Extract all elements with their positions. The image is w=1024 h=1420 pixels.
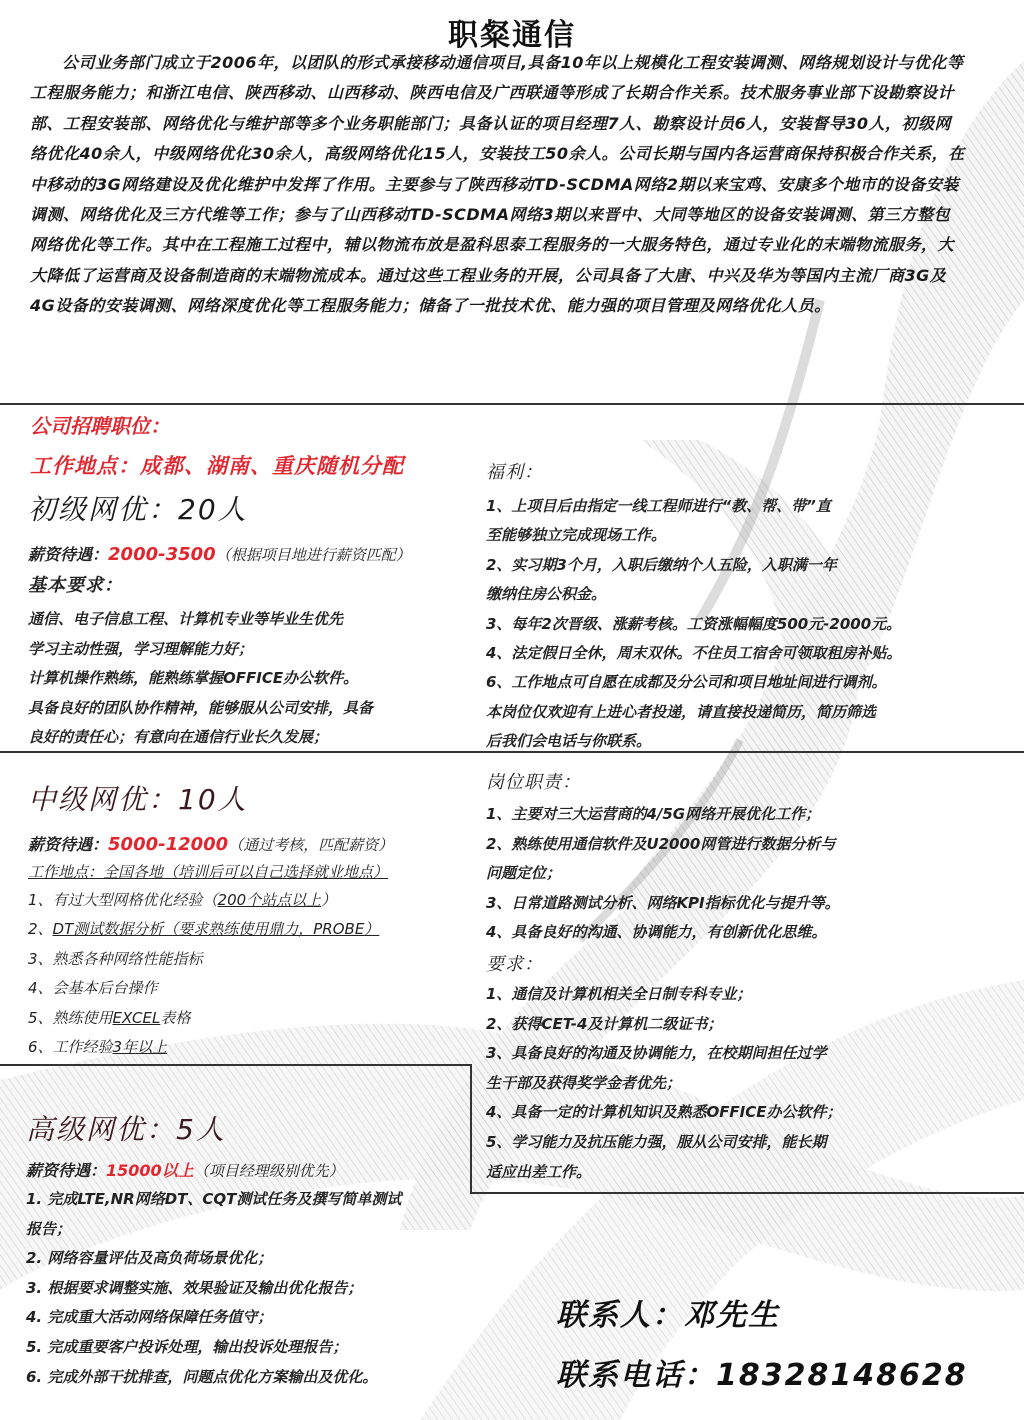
list-item: 本岗位仅欢迎有上进心者投递，请直接投递简历，简历筛选 bbox=[486, 698, 1006, 727]
junior-salary: 薪资待遇：2000-3500（根据项目地进行薪资匹配） bbox=[28, 542, 468, 565]
junior-requirements-heading: 基本要求： bbox=[28, 571, 468, 597]
salary-label: 薪资待遇： bbox=[28, 545, 108, 564]
list-item: 3、每年2次晋级、涨薪考核。工资涨幅幅度500元-2000元。 bbox=[486, 610, 1006, 639]
list-item: 1. 完成LTE,NR网络DT、CQT测试任务及撰写简单测试 bbox=[26, 1185, 466, 1215]
list-item: 3、具备良好的沟通及协调能力，在校期间担任过学 bbox=[486, 1039, 1006, 1069]
duties-requirements-list: 1、通信及计算机相关全日制专科专业； 2、获得CET-4及计算机二级证书； 3、… bbox=[486, 980, 1006, 1187]
junior-position-title: 初级网优：20人 bbox=[28, 488, 468, 528]
phone-number[interactable]: 18328148628 bbox=[716, 1358, 968, 1393]
list-item: 5、学习能力及抗压能力强，服从公司安排，能长期 bbox=[486, 1128, 1006, 1158]
list-item: 缴纳住房公积金。 bbox=[486, 580, 1006, 609]
duties-section: 岗位职责： 1、主要对三大运营商的4/5G网络开展优化工作； 2、熟练使用通信软… bbox=[486, 768, 1006, 1187]
list-item: 2. 网络容量评估及高负荷场景优化； bbox=[26, 1244, 466, 1274]
senior-duties-list: 1. 完成LTE,NR网络DT、CQT测试任务及撰写简单测试 报告； 2. 网络… bbox=[26, 1185, 466, 1392]
list-item: 4、具备一定的计算机知识及熟悉OFFICE办公软件； bbox=[486, 1098, 1006, 1128]
salary-label: 薪资待遇： bbox=[28, 835, 108, 854]
list-item: 6. 完成外部干扰排查，问题点优化方案输出及优化。 bbox=[26, 1363, 466, 1393]
mid-work-location: 工作地点：全国各地（培训后可以自己选择就业地点） bbox=[28, 861, 468, 882]
list-item: 3、日常道路测试分析、网络KPI指标优化与提升等。 bbox=[486, 889, 1006, 919]
benefits-section: 福利： 1、上项目后由指定一线工程师进行“教、帮、带”直 至能够独立完成现场工作… bbox=[486, 458, 1006, 757]
list-item: 4、具备良好的沟通、协调能力，有创新优化思维。 bbox=[486, 918, 1006, 948]
salary-amount: 2000-3500 bbox=[108, 544, 216, 565]
mid-position-title: 中级网优：10人 bbox=[28, 778, 468, 818]
list-item: 2、熟练使用通信软件及U2000网管进行数据分析与 bbox=[486, 830, 1006, 860]
list-item: 适应出差工作。 bbox=[486, 1158, 1006, 1188]
salary-amount: 5000-12000 bbox=[108, 834, 228, 855]
list-item: 6、工作地点可自愿在成都及分公司和项目地址间进行调剂。 bbox=[486, 668, 1006, 697]
list-item: 4、法定假日全休，周末双休。不住员工宿舍可领取租房补贴。 bbox=[486, 639, 1006, 668]
contact-section: 联系人：邓先生 联系电话：18328148628 bbox=[556, 1290, 1016, 1394]
benefits-list: 1、上项目后由指定一线工程师进行“教、帮、带”直 至能够独立完成现场工作。 2、… bbox=[486, 492, 1006, 757]
salary-note: （项目经理级别优先） bbox=[194, 1162, 344, 1180]
duties-requirements-heading: 要求： bbox=[486, 950, 1006, 976]
list-item: 4、会基本后台操作 bbox=[28, 974, 468, 1003]
list-item: 3、熟悉各种网络性能指标 bbox=[28, 945, 468, 974]
list-item: 3. 根据要求调整实施、效果验证及输出优化报告； bbox=[26, 1274, 466, 1304]
divider-mid bbox=[0, 1064, 472, 1066]
contact-phone-line: 联系电话：18328148628 bbox=[556, 1350, 1016, 1394]
phone-label: 联系电话： bbox=[556, 1358, 716, 1393]
duties-heading: 岗位职责： bbox=[486, 768, 1006, 794]
list-item: 至能够独立完成现场工作。 bbox=[486, 521, 1006, 550]
senior-position-section: 高级网优：5人 薪资待遇：15000以上（项目经理级别优先） 1. 完成LTE,… bbox=[26, 1108, 466, 1392]
company-intro-paragraph: 公司业务部门成立于2006年，以团队的形式承接移动通信项目,具备10年以上规模化… bbox=[30, 48, 965, 322]
divider-intro bbox=[0, 403, 1024, 405]
frame-vertical bbox=[470, 1064, 472, 1194]
list-item: 5、熟练使用EXCEL表格 bbox=[28, 1004, 468, 1033]
list-item: 学习主动性强，学习理解能力好； bbox=[28, 635, 468, 665]
recruitment-heading: 公司招聘职位： bbox=[30, 410, 170, 439]
list-item: 报告； bbox=[26, 1215, 466, 1245]
benefits-heading: 福利： bbox=[486, 458, 1006, 484]
divider-junior bbox=[0, 751, 1024, 753]
list-item: 5. 完成重要客户投诉处理，输出投诉处理报告； bbox=[26, 1333, 466, 1363]
list-item: 1、通信及计算机相关全日制专科专业； bbox=[486, 980, 1006, 1010]
mid-salary: 薪资待遇：5000-12000（通过考核，匹配薪资） bbox=[28, 832, 468, 855]
list-item: 通信、电子信息工程、计算机专业等毕业生优先 bbox=[28, 605, 468, 635]
list-item: 4. 完成重大活动网络保障任务值守； bbox=[26, 1303, 466, 1333]
list-item: 2、DT测试数据分析（要求熟练使用鼎力，PROBE） bbox=[28, 915, 468, 944]
salary-note: （通过考核，匹配薪资） bbox=[228, 836, 393, 854]
mid-requirements-list: 1、有过大型网格优化经验（200个站点以上） 2、DT测试数据分析（要求熟练使用… bbox=[28, 886, 468, 1062]
list-item: 2、实习期3个月，入职后缴纳个人五险，入职满一年 bbox=[486, 551, 1006, 580]
duties-list: 1、主要对三大运营商的4/5G网络开展优化工作； 2、熟练使用通信软件及U200… bbox=[486, 800, 1006, 948]
salary-amount: 15000以上 bbox=[106, 1161, 194, 1180]
list-item: 1、有过大型网格优化经验（200个站点以上） bbox=[28, 886, 468, 915]
mid-position-section: 中级网优：10人 薪资待遇：5000-12000（通过考核，匹配薪资） 工作地点… bbox=[28, 778, 468, 1062]
list-item: 1、上项目后由指定一线工程师进行“教、帮、带”直 bbox=[486, 492, 1006, 521]
list-item: 问题定位； bbox=[486, 859, 1006, 889]
salary-label: 薪资待遇： bbox=[26, 1161, 106, 1180]
junior-requirements-list: 通信、电子信息工程、计算机专业等毕业生优先 学习主动性强，学习理解能力好； 计算… bbox=[28, 605, 468, 753]
senior-salary: 薪资待遇：15000以上（项目经理级别优先） bbox=[26, 1158, 466, 1181]
contact-person: 联系人：邓先生 bbox=[556, 1290, 1016, 1334]
list-item: 具备良好的团队协作精神，能够服从公司安排，具备 bbox=[28, 694, 468, 724]
list-item: 6、工作经验3年以上 bbox=[28, 1033, 468, 1062]
junior-position-section: 初级网优：20人 薪资待遇：2000-3500（根据项目地进行薪资匹配） 基本要… bbox=[28, 488, 468, 753]
list-item: 良好的责任心；有意向在通信行业长久发展； bbox=[28, 723, 468, 753]
list-item: 生干部及获得奖学金者优先； bbox=[486, 1069, 1006, 1099]
frame-bottom bbox=[470, 1192, 1024, 1194]
salary-note: （根据项目地进行薪资匹配） bbox=[216, 546, 411, 564]
senior-position-title: 高级网优：5人 bbox=[26, 1108, 466, 1148]
list-item: 计算机操作熟练，能熟练掌握OFFICE办公软件。 bbox=[28, 664, 468, 694]
list-item: 1、主要对三大运营商的4/5G网络开展优化工作； bbox=[486, 800, 1006, 830]
list-item: 2、获得CET-4及计算机二级证书； bbox=[486, 1010, 1006, 1040]
work-location-heading: 工作地点：成都、湖南、重庆随机分配 bbox=[30, 450, 404, 480]
